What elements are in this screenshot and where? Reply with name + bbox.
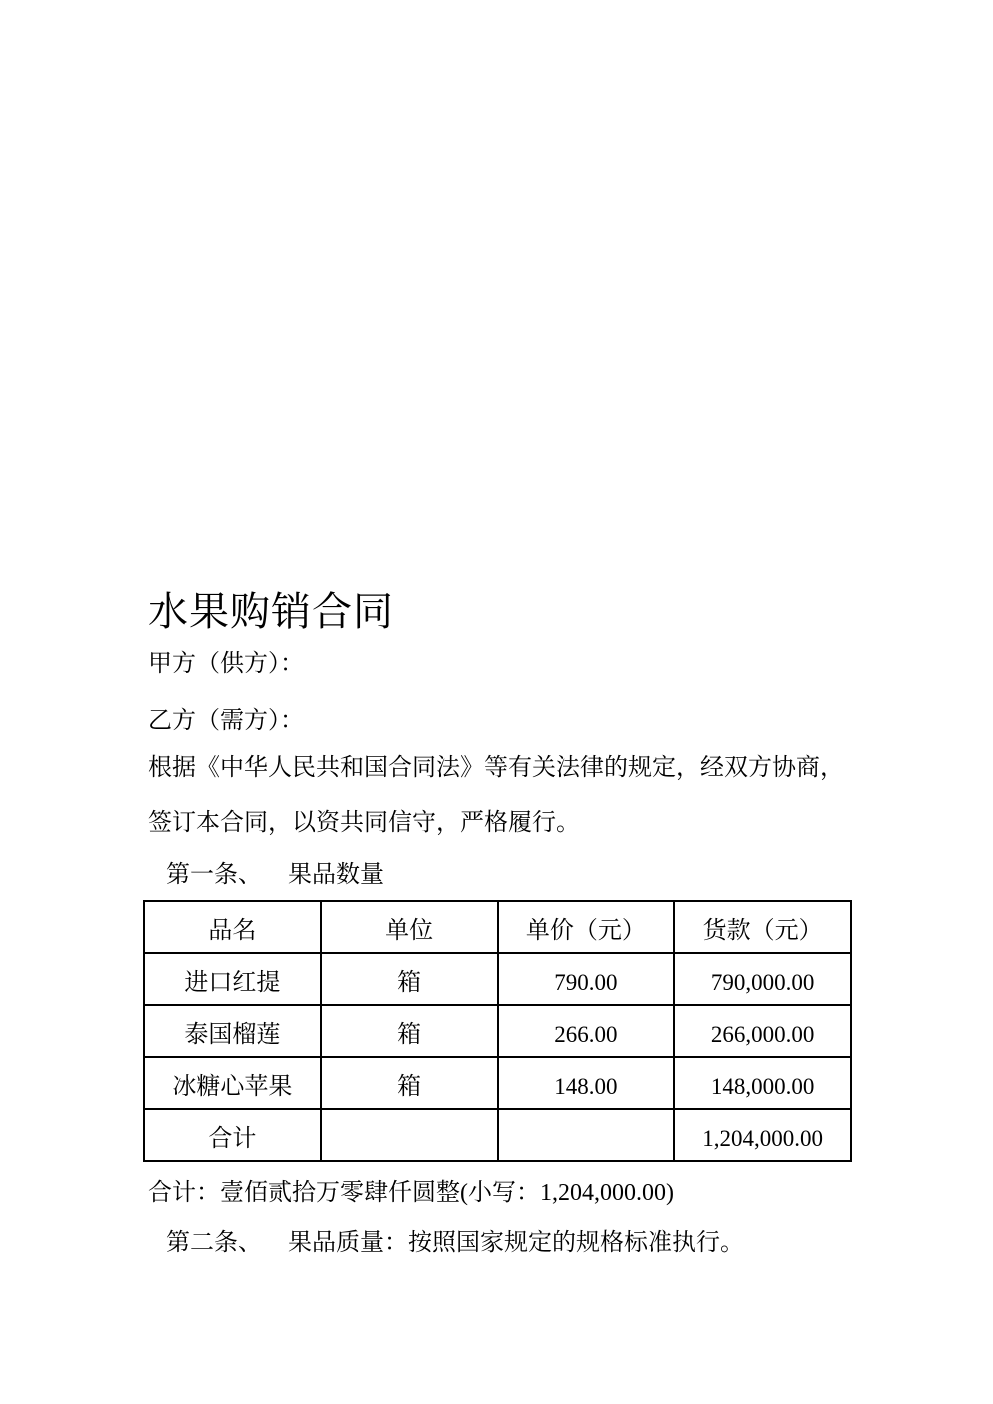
table-header-row: 品名 单位 单价（元） 货款（元） bbox=[144, 901, 851, 953]
table-header-cell-unit-price: 单价（元） bbox=[498, 901, 675, 953]
table-cell-product: 进口红提 bbox=[144, 953, 321, 1005]
table-cell-total-payment: 1,204,000.00 bbox=[674, 1109, 851, 1161]
table-cell-payment: 266,000.00 bbox=[674, 1005, 851, 1057]
clause-1-text: 果品数量 bbox=[288, 862, 384, 888]
intro-line-2: 签订本合同，以资共同信守，严格履行。 bbox=[148, 809, 580, 838]
table-row: 冰糖心苹果 箱 148.00 148,000.00 bbox=[144, 1057, 851, 1109]
table-cell-unit: 箱 bbox=[321, 1005, 498, 1057]
party-b-line: 乙方（需方）： bbox=[148, 707, 304, 736]
table-cell-empty bbox=[498, 1109, 675, 1161]
table-row: 进口红提 箱 790.00 790,000.00 bbox=[144, 953, 851, 1005]
table-cell-unit: 箱 bbox=[321, 953, 498, 1005]
fruit-quantity-table: 品名 单位 单价（元） 货款（元） 进口红提 箱 790.00 790,000.… bbox=[143, 900, 852, 1162]
total-in-words-line: 合计：壹佰贰拾万零肆仟圆整(小写：1,204,000.00) bbox=[148, 1179, 674, 1208]
table-cell-product: 冰糖心苹果 bbox=[144, 1057, 321, 1109]
table-total-row: 合计 1,204,000.00 bbox=[144, 1109, 851, 1161]
table-header-cell-payment: 货款（元） bbox=[674, 901, 851, 953]
party-a-line: 甲方（供方）： bbox=[148, 650, 304, 679]
table-header-cell-product: 品名 bbox=[144, 901, 321, 953]
table-cell-payment: 148,000.00 bbox=[674, 1057, 851, 1109]
table-cell-unit-price: 790.00 bbox=[498, 953, 675, 1005]
document-title: 水果购销合同 bbox=[148, 588, 394, 636]
table-cell-unit: 箱 bbox=[321, 1057, 498, 1109]
document-page: 水果购销合同 甲方（供方）： 乙方（需方）： 根据《中华人民共和国合同法》等有关… bbox=[0, 0, 993, 1404]
clause-2-text: 果品质量：按照国家规定的规格标准执行。 bbox=[288, 1230, 744, 1256]
table-header-cell-unit: 单位 bbox=[321, 901, 498, 953]
table-cell-unit-price: 266.00 bbox=[498, 1005, 675, 1057]
clause-1-heading: 第一条、果品数量 bbox=[166, 861, 384, 890]
clause-2-label: 第二条、 bbox=[166, 1230, 262, 1256]
table-cell-payment: 790,000.00 bbox=[674, 953, 851, 1005]
table-cell-unit-price: 148.00 bbox=[498, 1057, 675, 1109]
table-cell-total-label: 合计 bbox=[144, 1109, 321, 1161]
table-cell-product: 泰国榴莲 bbox=[144, 1005, 321, 1057]
intro-line-1: 根据《中华人民共和国合同法》等有关法律的规定，经双方协商， bbox=[148, 754, 844, 783]
clause-1-label: 第一条、 bbox=[166, 862, 262, 888]
table-cell-empty bbox=[321, 1109, 498, 1161]
clause-2-heading: 第二条、果品质量：按照国家规定的规格标准执行。 bbox=[166, 1229, 744, 1258]
table-row: 泰国榴莲 箱 266.00 266,000.00 bbox=[144, 1005, 851, 1057]
